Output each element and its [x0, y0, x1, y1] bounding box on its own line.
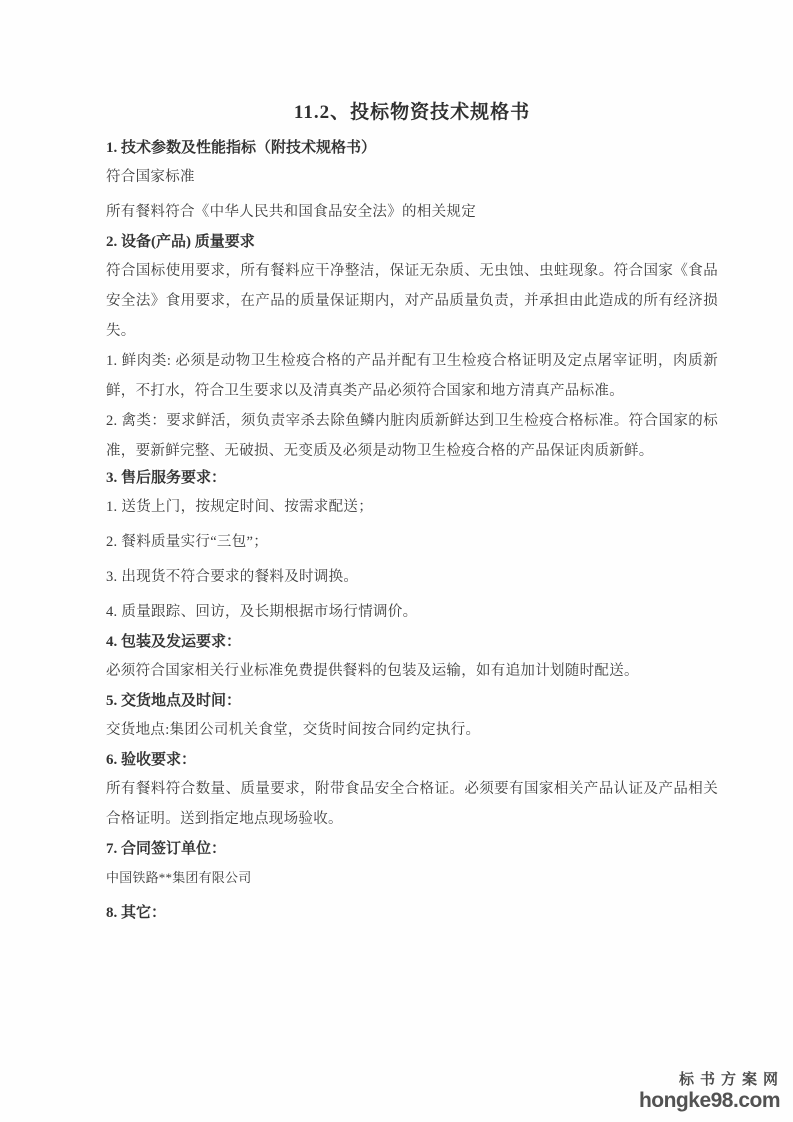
paragraph-food-safety-law: 所有餐料符合《中华人民共和国食品安全法》的相关规定: [106, 197, 718, 227]
section-heading-7: 7. 合同签订单位：: [106, 839, 718, 859]
document-page: 11.2、投标物资技术规格书 1. 技术参数及性能指标（附技术规格书） 符合国家…: [0, 0, 793, 1122]
section-heading-5: 5. 交货地点及时间：: [106, 691, 718, 711]
paragraph-quality-requirement: 符合国标使用要求，所有餐料应干净整洁，保证无杂质、无虫蚀、虫蛀现象。符合国家《食…: [106, 256, 718, 346]
paragraph-fresh-meat: 1. 鲜肉类: 必须是动物卫生检疫合格的产品并配有卫生检疫合格证明及定点屠宰证明…: [106, 346, 718, 406]
watermark-brand-text: 标书方案网: [639, 1072, 784, 1088]
paragraph-delivery-service: 1. 送货上门，按规定时间、按需求配送；: [106, 492, 718, 522]
section-heading-1: 1. 技术参数及性能指标（附技术规格书）: [106, 138, 718, 158]
paragraph-national-standard: 符合国家标准: [106, 162, 718, 192]
paragraph-packaging-shipping: 必须符合国家相关行业标准免费提供餐料的包装及运输，如有追加计划随时配送。: [106, 656, 718, 686]
paragraph-acceptance: 所有餐料符合数量、质量要求，附带食品安全合格证。必须要有国家相关产品认证及产品相…: [106, 774, 718, 834]
section-heading-6: 6. 验收要求：: [106, 750, 718, 770]
section-heading-4: 4. 包装及发运要求：: [106, 632, 718, 652]
site-watermark: 标书方案网 hongke98.com: [639, 1072, 780, 1112]
paragraph-contract-company: 中国铁路**集团有限公司: [106, 863, 718, 893]
document-body: 11.2、投标物资技术规格书 1. 技术参数及性能指标（附技术规格书） 符合国家…: [106, 100, 718, 927]
section-heading-3: 3. 售后服务要求：: [106, 468, 718, 488]
paragraph-poultry: 2. 禽类：要求鲜活，须负责宰杀去除鱼鳞内脏肉质新鲜达到卫生检疫合格标准。符合国…: [106, 406, 718, 466]
paragraph-replacement: 3. 出现货不符合要求的餐料及时调换。: [106, 562, 718, 592]
paragraph-three-guarantees: 2. 餐料质量实行“三包”；: [106, 527, 718, 557]
paragraph-quality-tracking: 4. 质量跟踪、回访，及长期根据市场行情调价。: [106, 597, 718, 627]
paragraph-delivery-location: 交货地点:集团公司机关食堂，交货时间按合同约定执行。: [106, 715, 718, 745]
watermark-domain-text: hongke98.com: [639, 1090, 780, 1112]
section-heading-2: 2. 设备(产品) 质量要求: [106, 232, 718, 252]
document-title: 11.2、投标物资技术规格书: [106, 100, 718, 126]
section-heading-8: 8. 其它：: [106, 903, 718, 923]
